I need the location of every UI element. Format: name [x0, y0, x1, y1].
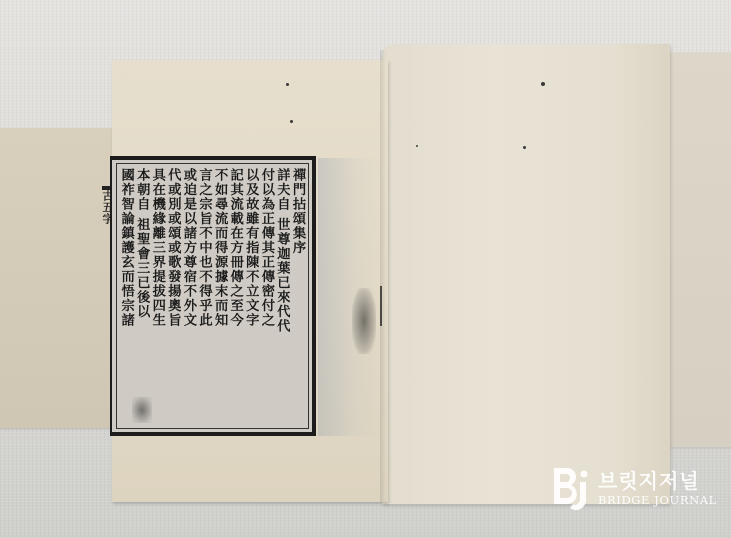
left-flap-paper — [0, 128, 118, 428]
text-column: 詳夫自 世尊迦葉已來代代 — [275, 168, 291, 426]
bridge-journal-logo-icon — [550, 462, 594, 514]
seal-smudge — [132, 397, 152, 423]
text-column: 不如尋流而得源據末而知 — [213, 168, 229, 426]
text-column: 國祚智論鎮護玄而悟宗諸 — [119, 168, 135, 426]
paper-spot — [416, 145, 418, 147]
paper-spot — [523, 146, 526, 149]
text-column: 言之宗旨不中也不得乎此 — [197, 168, 213, 426]
text-columns: 禪門拈頌集序 詳夫自 世尊迦葉已來代代 付以為正傳其正傳密付之 以及故雖有指陳不… — [116, 163, 309, 429]
watermark: 브릿지저널 BRIDGE JOURNAL — [550, 462, 717, 514]
text-column: 具在機緣離三界提拔四生 — [150, 168, 166, 426]
paper-spot — [290, 120, 293, 123]
text-column: 代或別或頌或歌發揚奧旨 — [166, 168, 182, 426]
watermark-korean: 브릿지저널 — [598, 469, 717, 493]
text-column: 記其流載在方冊傳之至今 — [228, 168, 244, 426]
printed-text-block: 禪門拈頌集序 詳夫自 世尊迦葉已來代代 付以為正傳其正傳密付之 以及故雖有指陳不… — [110, 156, 316, 436]
text-column-title: 禪門拈頌集序 — [290, 168, 306, 426]
watermark-english: BRIDGE JOURNAL — [598, 493, 717, 507]
text-column: 以及故雖有指陳不立文字 — [244, 168, 260, 426]
paper-spot — [541, 82, 545, 86]
ink-line — [380, 286, 382, 326]
text-column: 或迫是以諸方尊宿不外文 — [181, 168, 197, 426]
book-gutter — [380, 50, 386, 502]
text-column: 本朝自 祖聖會三已後以 — [135, 168, 151, 426]
right-page-blank — [382, 44, 670, 504]
ink-blot — [352, 288, 376, 354]
text-column: 付以為正傳其正傳密付之 — [259, 168, 275, 426]
paper-spot — [286, 83, 289, 86]
